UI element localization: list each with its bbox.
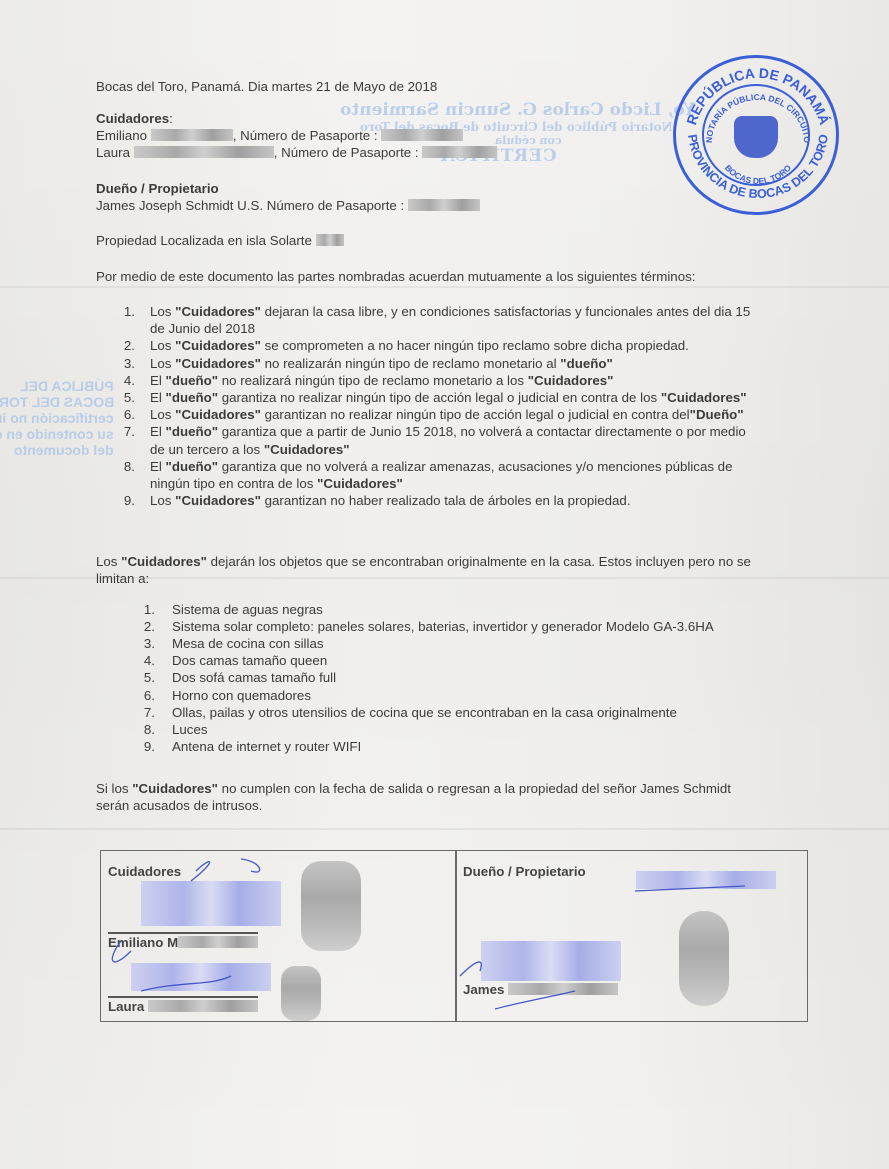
- closing-line: Si los "Cuidadores" no cumplen con la fe…: [96, 780, 731, 797]
- term-item: Los "Cuidadores" garantizan no haber rea…: [150, 492, 631, 509]
- coat-of-arms-icon: [734, 116, 778, 158]
- term-item: Los "Cuidadores" se comprometen a no hac…: [150, 337, 689, 354]
- object-number: 5.: [135, 669, 155, 686]
- redacted-surname: [151, 129, 233, 141]
- terms-intro: Por medio de este documento las partes n…: [96, 268, 695, 285]
- showthrough-line: PÚBLICA DEL: [20, 378, 114, 394]
- caretaker-emiliano-line: Emiliano , Número de Pasaporte :: [96, 127, 463, 144]
- signature-strokes: [455, 851, 809, 1023]
- redacted-passport: [422, 146, 497, 158]
- caretakers-heading: Cuidadores:: [96, 110, 173, 127]
- object-number: 9.: [135, 738, 155, 755]
- object-number: 6.: [135, 687, 155, 704]
- objects-intro-cont: limitan a:: [96, 570, 149, 587]
- term-number: 2.: [115, 337, 135, 354]
- showthrough-line: su contenido en cuanto al: [0, 426, 114, 442]
- showthrough-line: certificación no implica: [0, 410, 114, 426]
- closing-line-2: serán acusados de intrusos.: [96, 797, 262, 814]
- owner-heading: Dueño / Propietario: [96, 180, 219, 197]
- term-number: 5.: [115, 389, 135, 406]
- term-number: 9.: [115, 492, 135, 509]
- redacted-lot: [316, 234, 344, 246]
- caretaker-laura-line: Laura , Número de Pasaporte :: [96, 144, 497, 161]
- term-item: El "dueño" garantiza no realizar ningún …: [150, 389, 747, 406]
- signature-strokes: [101, 851, 361, 1023]
- object-item: Dos sofá camas tamaño full: [172, 669, 336, 686]
- property-line: Propiedad Localizada en isla Solarte: [96, 232, 344, 249]
- object-item: Antena de internet y router WIFI: [172, 738, 361, 755]
- object-number: 1.: [135, 601, 155, 618]
- redacted-passport: [408, 199, 480, 211]
- redacted-surname: [134, 146, 274, 158]
- object-item: Sistema de aguas negras: [172, 601, 323, 618]
- term-number: 7.: [115, 423, 135, 440]
- object-number: 3.: [135, 635, 155, 652]
- term-item: Los "Cuidadores" dejaran la casa libre, …: [150, 303, 750, 320]
- showthrough-line: del documento: [14, 442, 114, 458]
- object-item: Sistema solar completo: paneles solares,…: [172, 618, 714, 635]
- object-number: 2.: [135, 618, 155, 635]
- term-item: El "dueño" garantiza que a partir de Jun…: [150, 423, 746, 440]
- signature-table: Cuidadores Emiliano M Laura Dueño / Prop…: [100, 850, 808, 1022]
- owner-line: James Joseph Schmidt U.S. Número de Pasa…: [96, 197, 480, 214]
- redacted-passport: [381, 129, 463, 141]
- notary-stamp: REPÚBLICA DE PANAMÁ PROVINCIA DE BOCAS D…: [673, 55, 839, 215]
- objects-intro: Los "Cuidadores" dejarán los objetos que…: [96, 553, 751, 570]
- term-item: de un tercero a los "Cuidadores": [150, 441, 350, 458]
- place-date: Bocas del Toro, Panamá. Dia martes 21 de…: [96, 78, 437, 95]
- term-item: ningún tipo en contra de los "Cuidadores…: [150, 475, 403, 492]
- term-number: 8.: [115, 458, 135, 475]
- showthrough-notary-name: Yo, Licdo Carlos G. Suncin Sarmiento: [340, 100, 695, 120]
- document-page: Yo, Licdo Carlos G. Suncin Sarmiento Not…: [0, 0, 889, 1169]
- term-item: de Junio del 2018: [150, 320, 255, 337]
- object-number: 7.: [135, 704, 155, 721]
- object-number: 4.: [135, 652, 155, 669]
- object-item: Mesa de cocina con sillas: [172, 635, 324, 652]
- object-item: Horno con quemadores: [172, 687, 311, 704]
- term-number: 1.: [115, 303, 135, 320]
- term-item: Los "Cuidadores" garantizan no realizar …: [150, 406, 744, 423]
- term-item: Los "Cuidadores" no realizarán ningún ti…: [150, 355, 613, 372]
- term-item: El "dueño" no realizará ningún tipo de r…: [150, 372, 614, 389]
- showthrough-line: BOCAS DEL TORO: [0, 394, 114, 410]
- object-item: Ollas, pailas y otros utensilios de coci…: [172, 704, 677, 721]
- term-number: 6.: [115, 406, 135, 423]
- paper-fold: [0, 286, 889, 288]
- object-item: Luces: [172, 721, 207, 738]
- term-number: 4.: [115, 372, 135, 389]
- object-number: 8.: [135, 721, 155, 738]
- paper-fold: [0, 828, 889, 830]
- term-number: 3.: [115, 355, 135, 372]
- term-item: El "dueño" garantiza que no volverá a re…: [150, 458, 732, 475]
- object-item: Dos camas tamaño queen: [172, 652, 327, 669]
